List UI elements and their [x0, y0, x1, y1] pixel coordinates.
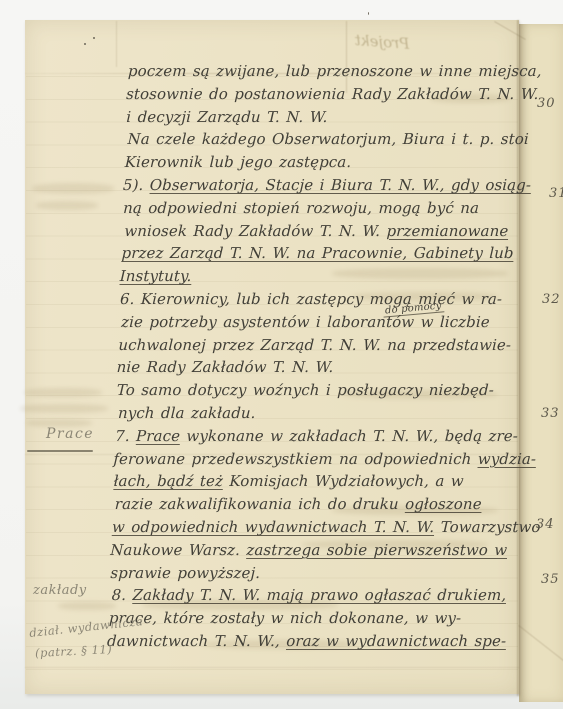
text-line: nych dla zakładu. — [118, 402, 547, 425]
text-segment: Komisjach Wydziałowych, a w — [223, 472, 464, 490]
text-segment: zie potrzeby asystentów i laborantów w l… — [121, 313, 490, 331]
text-line: stosownie do postanowienia Rady Zakładów… — [126, 83, 555, 106]
margin-note-prace: Prace — [46, 426, 94, 442]
text-segment: 6. Kierownicy, lub ich zastępcy mogą mie… — [120, 290, 503, 308]
text-segment: To samo dotyczy woźnych i posługaczy nie… — [117, 381, 495, 399]
scanned-manuscript-screenshot: { "page": { "body_lines": [ {"s0": "pocz… — [0, 0, 563, 709]
text-segment: i decyzji Zarządu T. N. W. — [126, 108, 328, 126]
text-line: w odpowiednich wydawnictwach T. N. W. To… — [112, 516, 541, 539]
text-segment: razie zakwalifikowania ich do druku — [115, 495, 406, 513]
text-segment: uchwalonej przez Zarząd T. N. W. na prze… — [118, 336, 511, 354]
underlined-segment: łach, bądź też — [113, 472, 223, 490]
text-line: i decyzji Zarządu T. N. W. — [126, 106, 555, 129]
text-line-item-5: 5). Obserwatorja, Stacje i Biura T. N. W… — [123, 174, 552, 197]
margin-number-32: 32 — [542, 292, 561, 307]
text-segment: Na czele każdego Obserwatorjum, Biura i … — [127, 130, 529, 148]
text-segment: Towarzystwo — [434, 518, 541, 536]
text-line: poczem są zwijane, lub przenoszone w inn… — [128, 60, 557, 83]
text-line: Na czele każdego Obserwatorjum, Biura i … — [127, 128, 556, 151]
text-line: Naukowe Warsz. zastrzega sobie pierwszeń… — [110, 539, 539, 562]
text-segment: 7. — [115, 427, 137, 445]
margin-number-33: 33 — [541, 406, 560, 421]
text-line: zie potrzeby asystentów i laborantów w l… — [121, 311, 550, 334]
text-line: przez Zarząd T. N. W. na Pracownie, Gabi… — [121, 242, 550, 265]
text-segment: dawnictwach T. N. W., — [107, 632, 287, 650]
underlined-segment: Obserwatorja, Stacje i Biura T. N. W., g… — [150, 176, 532, 194]
text-line: uchwalonej przez Zarząd T. N. W. na prze… — [118, 334, 547, 357]
margin-note-zaklady: zakłady — [33, 583, 87, 598]
underlined-segment: przez Zarząd T. N. W. na Pracownie, Gabi… — [121, 244, 514, 262]
text-line: Kierownik lub jego zastępca. — [124, 151, 553, 174]
underlined-segment: wydzia- — [478, 450, 537, 468]
text-line: razie zakwalifikowania ich do druku ogło… — [114, 493, 543, 516]
text-segment: sprawie powyższej. — [110, 564, 260, 582]
text-segment: wniosek Rady Zakładów T. N. W. — [124, 222, 387, 240]
text-line: sprawie powyższej. — [110, 562, 539, 585]
text-line: ferowane przedewszystkiem na odpowiednic… — [113, 448, 542, 471]
text-segment: ferowane przedewszystkiem na odpowiednic… — [113, 450, 478, 468]
text-line: nie Rady Zakładów T. N. W. — [116, 356, 545, 379]
text-segment: 8. — [111, 586, 133, 604]
underlined-segment: Prace — [136, 427, 181, 445]
margin-number-35: 35 — [541, 572, 560, 587]
text-line: ną odpowiedni stopień rozwoju, mogą być … — [123, 197, 552, 220]
manuscript-body: poczem są zwijane, lub przenoszone w inn… — [108, 60, 557, 653]
paper-speck — [93, 37, 95, 39]
margin-number-34: 34 — [536, 517, 555, 532]
text-line: wniosek Rady Zakładów T. N. W. przemiano… — [124, 220, 553, 243]
text-segment: 5). — [123, 176, 150, 194]
text-segment: ną odpowiedni stopień rozwoju, mogą być … — [123, 199, 480, 217]
margin-number-31: 31 — [549, 186, 563, 201]
text-line: Instytuty. — [119, 265, 548, 288]
text-line-item-7: 7. Prace wykonane w zakładach T. N. W., … — [115, 425, 544, 448]
margin-number-30: 30 — [537, 96, 556, 111]
underlined-segment: ogłoszone — [405, 495, 482, 513]
underlined-segment: w odpowiednich wydawnictwach T. N. W. — [112, 518, 435, 536]
text-line: dawnictwach T. N. W., oraz w wydawnictwa… — [107, 630, 536, 653]
text-segment: Kierownik lub jego zastępca. — [124, 153, 351, 171]
text-segment: stosownie do postanowienia Rady Zakładów… — [126, 85, 539, 103]
text-line: prace, które zostały w nich dokonane, w … — [108, 607, 537, 630]
margin-note-underline — [27, 450, 93, 452]
text-line-item-6: 6. Kierownicy, lub ich zastępcy mogą mie… — [120, 288, 549, 311]
text-segment: prace, które zostały w nich dokonane, w … — [109, 609, 462, 627]
paper-speck — [84, 43, 86, 45]
text-segment: nie Rady Zakładów T. N. W. — [116, 358, 333, 376]
text-line: To samo dotyczy woźnych i posługaczy nie… — [116, 379, 545, 402]
text-line: łach, bądź też Komisjach Wydziałowych, a… — [113, 470, 542, 493]
underlined-segment: przemianowane — [386, 222, 508, 240]
underlined-segment: oraz w wydawnictwach spe- — [286, 632, 507, 650]
text-line-item-8: 8. Zakłady T. N. W. mają prawo ogłaszać … — [111, 584, 540, 607]
text-segment: poczem są zwijane, lub przenoszone w inn… — [128, 62, 542, 80]
text-segment: wykonane w zakładach T. N. W., będą zre- — [180, 427, 519, 445]
paper-speck — [368, 12, 369, 15]
text-segment: Naukowe Warsz. — [110, 541, 247, 559]
underlined-segment: zastrzega sobie pierwszeństwo w — [246, 541, 507, 559]
underlined-segment: Instytuty. — [119, 267, 191, 285]
underlined-segment: Zakłady T. N. W. mają prawo ogłaszać dru… — [132, 586, 506, 604]
text-segment: nych dla zakładu. — [118, 404, 256, 422]
